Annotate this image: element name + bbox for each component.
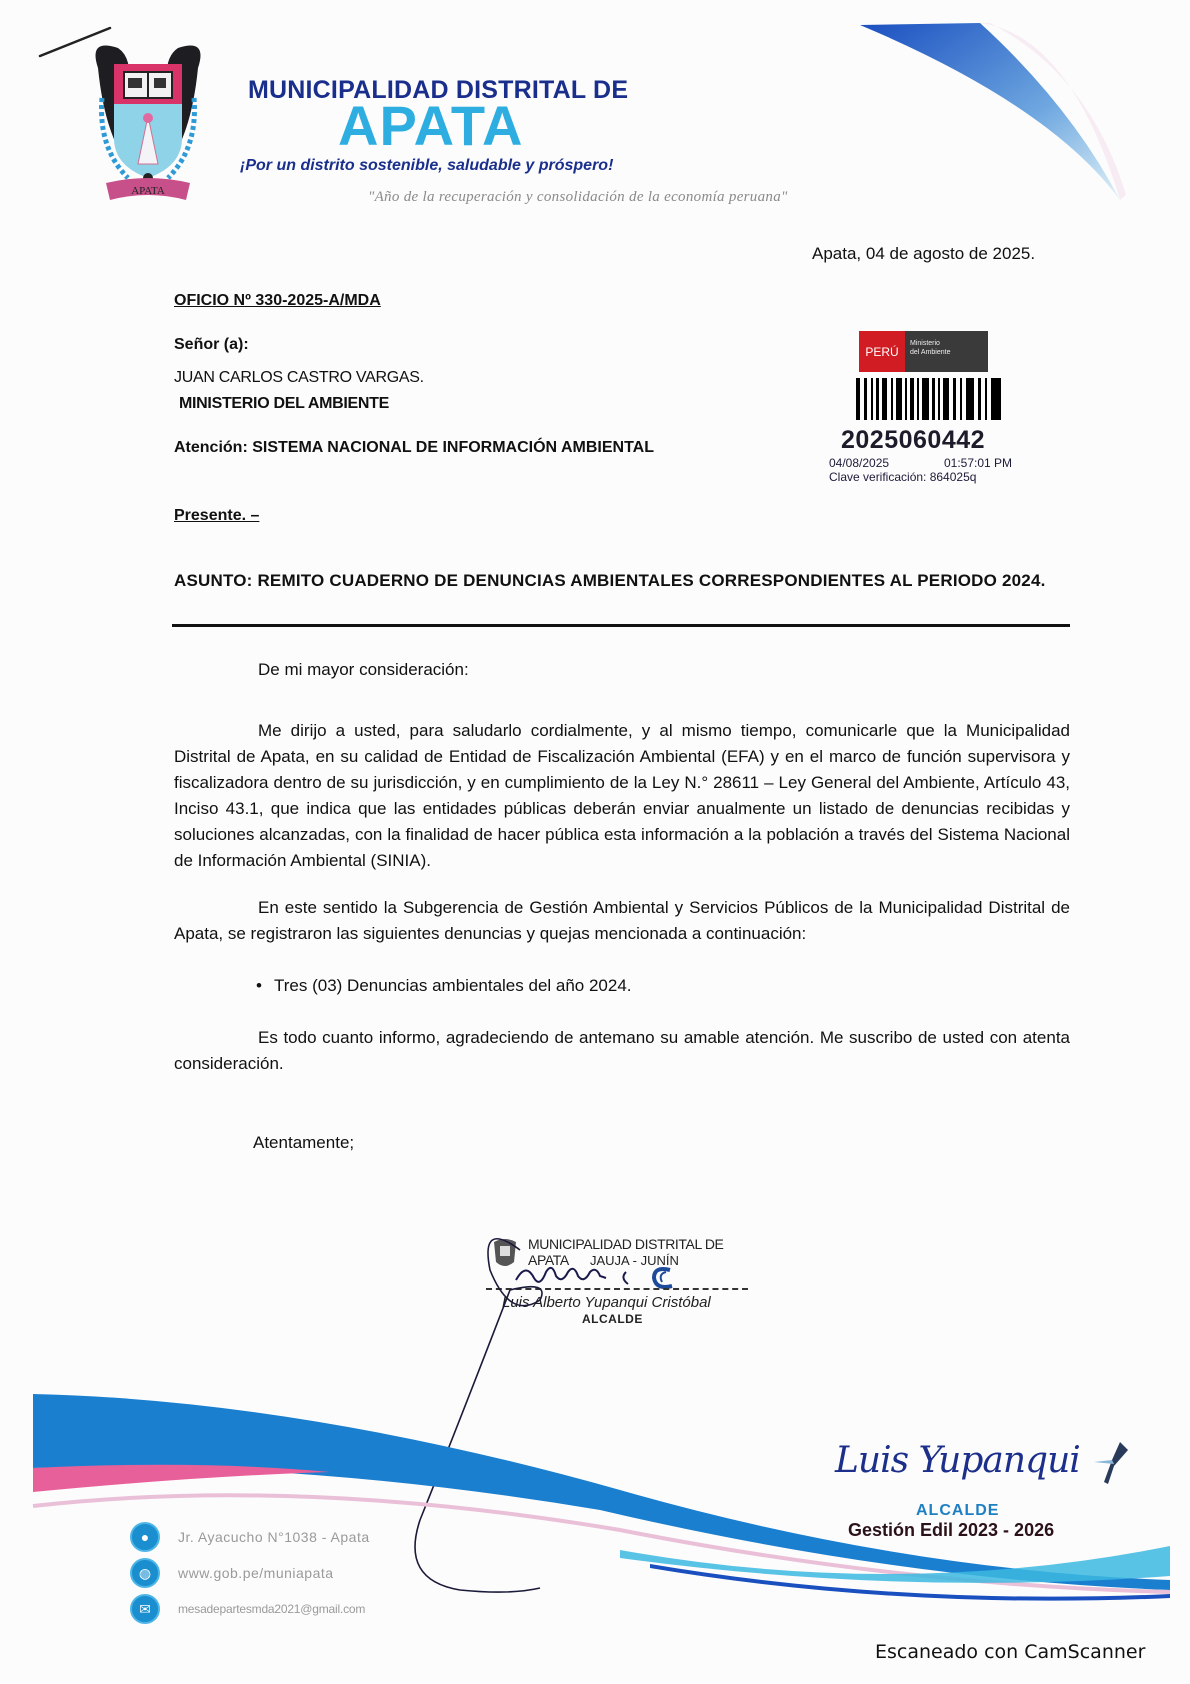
paragraph-1-text: Me dirijo a usted, para saludarlo cordia… <box>174 721 1070 870</box>
reception-stamp: PERÚ Ministerio del Ambiente 2025060442 <box>826 331 1046 485</box>
institution-name: APATA <box>338 98 523 154</box>
attention-line: Atención: SISTEMA NACIONAL DE INFORMACIÓ… <box>174 439 654 457</box>
ministry-logo: PERÚ Ministerio del Ambiente <box>859 331 988 372</box>
stamp-meta: 04/08/2025 01:57:01 PM Clave verificació… <box>829 457 1046 485</box>
body-paragraph-2: En este sentido la Subgerencia de Gestió… <box>174 895 1070 947</box>
website-link[interactable]: www.gob.pe/muniapata <box>178 1565 334 1581</box>
mayor-script-signature: Luis Yupanqui <box>835 1440 1080 1481</box>
peru-label: PERÚ <box>859 331 905 372</box>
stamp-time: 01:57:01 PM <box>944 457 1012 471</box>
address-text: Jr. Ayacucho N°1038 - Apata <box>178 1529 370 1545</box>
contact-email[interactable]: ✉ mesadepartesmda2021@gmail.com <box>130 1594 365 1624</box>
body-paragraph-3: Es todo cuanto informo, agradeciendo de … <box>174 1025 1070 1077</box>
barcode-icon <box>856 378 1006 420</box>
globe-icon: ◍ <box>130 1558 160 1588</box>
location-pin-icon: ● <box>130 1522 160 1552</box>
presente-label: Presente. – <box>174 507 259 525</box>
envelope-icon: ✉ <box>130 1594 160 1624</box>
place-date: Apata, 04 de agosto de 2025. <box>812 244 1035 264</box>
paragraph-2-text: En este sentido la Subgerencia de Gestió… <box>174 898 1070 943</box>
administration-term: Gestión Edil 2023 - 2026 <box>848 1520 1054 1541</box>
year-motto: "Año de la recuperación y consolidación … <box>368 189 788 206</box>
scanner-watermark: Escaneado con CamScanner <box>875 1641 1145 1663</box>
slogan: ¡Por un distrito sostenible, saludable y… <box>240 157 613 175</box>
corner-swoosh-decoration <box>820 15 1190 215</box>
tracking-number: 2025060442 <box>841 426 1046 455</box>
ministry-label-line2: del Ambiente <box>910 348 984 357</box>
closing: Atentamente; <box>253 1130 354 1156</box>
paragraph-3-text: Es todo cuanto informo, agradeciendo de … <box>174 1028 1070 1073</box>
email-link[interactable]: mesadepartesmda2021@gmail.com <box>178 1602 365 1616</box>
municipal-coat-of-arms-icon: APATA <box>88 28 208 208</box>
subject-divider <box>172 624 1070 627</box>
recipient-organization: MINISTERIO DEL AMBIENTE <box>179 395 389 413</box>
bullet-icon: • <box>256 973 274 999</box>
contact-website[interactable]: ◍ www.gob.pe/muniapata <box>130 1558 334 1588</box>
verification-key: Clave verificación: 864025q <box>829 471 1046 485</box>
subject-line: ASUNTO: REMITO CUADERNO DE DENUNCIAS AMB… <box>174 569 1070 593</box>
list-item: •Tres (03) Denuncias ambientales del año… <box>256 973 632 999</box>
svg-text:APATA: APATA <box>131 185 165 197</box>
stamp-date: 04/08/2025 <box>829 457 944 471</box>
bullet-text: Tres (03) Denuncias ambientales del año … <box>274 976 632 995</box>
recipient-name: JUAN CARLOS CASTRO VARGAS. <box>174 369 424 387</box>
greeting: De mi mayor consideración: <box>258 657 469 683</box>
contact-address: ● Jr. Ayacucho N°1038 - Apata <box>130 1522 370 1552</box>
hummingbird-icon <box>1090 1438 1130 1488</box>
ministry-label-line1: Ministerio <box>910 339 984 348</box>
salutation-label: Señor (a): <box>174 336 249 354</box>
oficio-reference: OFICIO Nº 330-2025-A/MDA <box>174 292 381 310</box>
letter-page: APATA MUNICIPALIDAD DISTRITAL DE APATA ¡… <box>0 0 1190 1684</box>
mayor-title: ALCALDE <box>916 1502 999 1520</box>
ministry-label: Ministerio del Ambiente <box>905 331 988 372</box>
body-paragraph-1: Me dirijo a usted, para saludarlo cordia… <box>174 718 1070 874</box>
